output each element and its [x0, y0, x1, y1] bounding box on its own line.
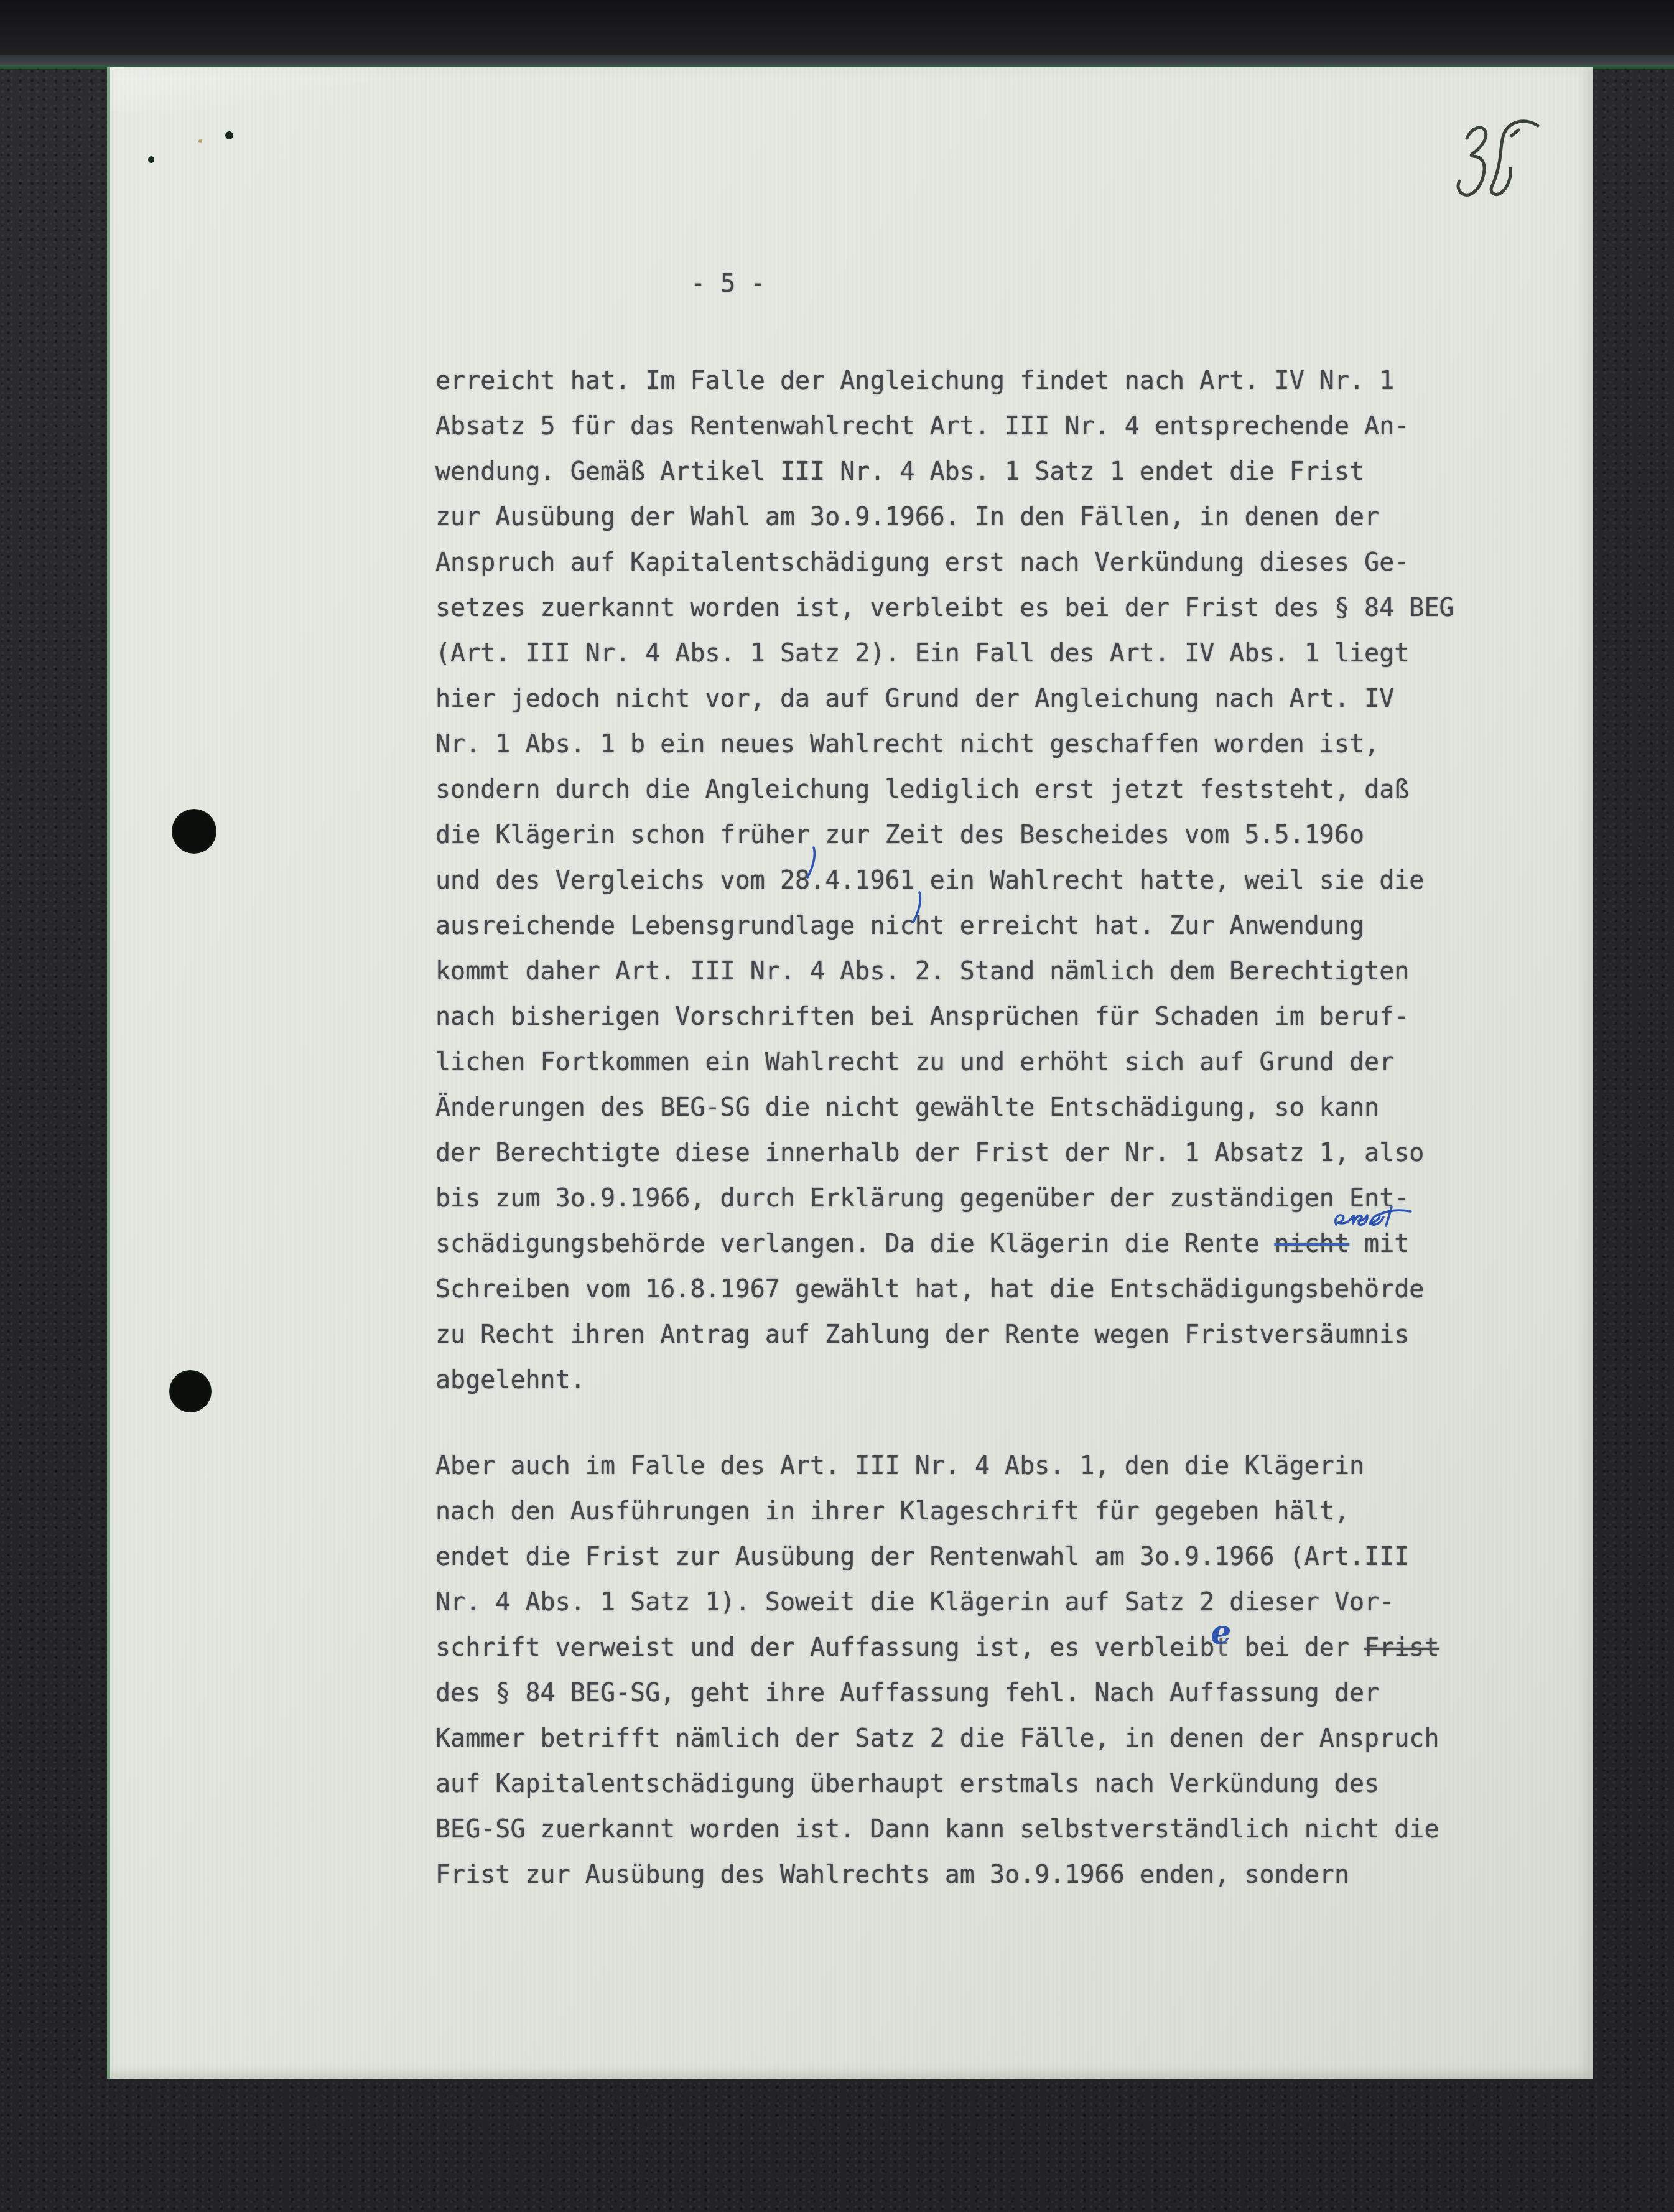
ink-speckle — [148, 156, 154, 163]
typed-line: hier jedoch nicht vor, da auf Grund der … — [435, 676, 1454, 722]
typed-line: Änderungen des BEG-SG die nicht gewählte… — [435, 1085, 1454, 1131]
typed-text: sondern durch die Angleichung lediglich … — [435, 775, 1409, 804]
typed-line: bis zum 3o.9.1966, durch Erklärung gegen… — [435, 1176, 1454, 1221]
typed-text: nach bisherigen Vorschriften bei Ansprüc… — [435, 1002, 1409, 1031]
typed-text: (Art. III Nr. 4 Abs. 1 Satz 2). Ein Fall… — [435, 639, 1409, 668]
typed-paragraph-2: Aber auch im Falle des Art. III Nr. 4 Ab… — [435, 1444, 1439, 1898]
typed-line: die Klägerin schon früher zur Zeit des B… — [435, 813, 1454, 858]
handwritten-comma — [911, 890, 924, 926]
typed-line: lichen Fortkommen ein Wahlrecht zu und e… — [435, 1040, 1454, 1085]
struck-out-word: Frist — [1364, 1633, 1439, 1662]
typed-text: endet die Frist zur Ausübung der Rentenw… — [435, 1542, 1409, 1571]
typed-text: lichen Fortkommen ein Wahlrecht zu und e… — [435, 1048, 1394, 1076]
document-page: - 5 - erreicht hat. Im Falle der Angleic… — [107, 67, 1593, 2079]
typed-text: auf Kapitalentschädigung überhaupt erstm… — [435, 1770, 1379, 1798]
typed-text: kommt daher Art. III Nr. 4 Abs. 2. Stand… — [435, 957, 1409, 986]
typed-text: und des Vergleichs vom 28.4.1961 ein Wah… — [435, 866, 1424, 895]
typed-line: zu Recht ihren Antrag auf Zahlung der Re… — [435, 1312, 1454, 1358]
typed-text: Schreiben vom 16.8.1967 gewählt hat, hat… — [435, 1275, 1424, 1304]
typed-line: (Art. III Nr. 4 Abs. 1 Satz 2). Ein Fall… — [435, 631, 1454, 676]
typed-text: abgelehnt. — [435, 1366, 585, 1394]
typed-text: Änderungen des BEG-SG die nicht gewählte… — [435, 1093, 1379, 1122]
handwritten-page-number — [1438, 111, 1556, 229]
handwritten-insertion-erst — [1331, 1198, 1416, 1237]
handwritten-correction-letter: e — [1211, 1617, 1231, 1649]
typed-line: Nr. 1 Abs. 1 b ein neues Wahlrecht nicht… — [435, 722, 1454, 767]
typed-line: auf Kapitalentschädigung überhaupt erstm… — [435, 1762, 1439, 1807]
typed-line: Absatz 5 für das Rentenwahlrecht Art. II… — [435, 404, 1454, 449]
typed-text: Aber auch im Falle des Art. III Nr. 4 Ab… — [435, 1452, 1364, 1480]
typed-line: Nr. 4 Abs. 1 Satz 1). Soweit die Klägeri… — [435, 1580, 1439, 1625]
typed-line: zur Ausübung der Wahl am 3o.9.1966. In d… — [435, 495, 1454, 540]
typed-line: schrift verweist und der Auffassung ist,… — [435, 1625, 1439, 1671]
typed-line: setzes zuerkannt worden ist, verbleibt e… — [435, 586, 1454, 631]
hole-punch — [169, 1370, 212, 1412]
ink-speckle — [198, 139, 202, 143]
typed-text: Anspruch auf Kapitalentschädigung erst n… — [435, 548, 1409, 577]
typed-line: Schreiben vom 16.8.1967 gewählt hat, hat… — [435, 1267, 1454, 1312]
typed-line: abgelehnt. — [435, 1358, 1454, 1403]
typed-text: schädigungsbehörde verlangen. Da die Klä… — [435, 1230, 1275, 1258]
paper-corner-highlight — [107, 67, 374, 111]
typed-line: und des Vergleichs vom 28.4.1961 ein Wah… — [435, 858, 1454, 903]
typed-line: BEG-SG zuerkannt worden ist. Dann kann s… — [435, 1807, 1439, 1852]
typed-line: der Berechtigte diese innerhalb der Fris… — [435, 1131, 1454, 1176]
typed-text: Kammer betrifft nämlich der Satz 2 die F… — [435, 1724, 1439, 1753]
typed-line: schädigungsbehörde verlangen. Da die Klä… — [435, 1221, 1454, 1267]
typed-line: erreicht hat. Im Falle der Angleichung f… — [435, 358, 1454, 404]
typed-text: erreicht hat. Im Falle der Angleichung f… — [435, 366, 1394, 395]
paper-left-edge — [107, 67, 110, 2079]
typed-text: BEG-SG zuerkannt worden ist. Dann kann s… — [435, 1815, 1439, 1844]
typed-line: kommt daher Art. III Nr. 4 Abs. 2. Stand… — [435, 949, 1454, 994]
document-scan: { "page": { "background_color": "#29292b… — [0, 0, 1674, 2212]
typed-line: Frist zur Ausübung des Wahlrechts am 3o.… — [435, 1852, 1439, 1898]
typed-text: des § 84 BEG-SG, geht ihre Auffassung fe… — [435, 1679, 1379, 1707]
typed-line: wendung. Gemäß Artikel III Nr. 4 Abs. 1 … — [435, 449, 1454, 495]
typed-text: wendung. Gemäß Artikel III Nr. 4 Abs. 1 … — [435, 457, 1364, 486]
typed-text: bei der — [1229, 1633, 1364, 1662]
typed-text: nach den Ausführungen in ihrer Klageschr… — [435, 1497, 1349, 1526]
typed-text: Absatz 5 für das Rentenwahlrecht Art. II… — [435, 412, 1409, 441]
typed-text: bis zum 3o.9.1966, durch Erklärung gegen… — [435, 1184, 1409, 1213]
page-number: - 5 - — [691, 261, 765, 307]
overwritten-character: te — [1214, 1625, 1229, 1671]
typed-text: Nr. 1 Abs. 1 b ein neues Wahlrecht nicht… — [435, 730, 1379, 758]
typed-text: setzes zuerkannt worden ist, verbleibt e… — [435, 594, 1454, 622]
typed-line: nach den Ausführungen in ihrer Klageschr… — [435, 1489, 1439, 1534]
typed-line: des § 84 BEG-SG, geht ihre Auffassung fe… — [435, 1671, 1439, 1716]
typed-text: hier jedoch nicht vor, da auf Grund der … — [435, 684, 1394, 713]
typed-text: Frist zur Ausübung des Wahlrechts am 3o.… — [435, 1860, 1349, 1889]
typed-line: Anspruch auf Kapitalentschädigung erst n… — [435, 540, 1454, 586]
typed-text: der Berechtigte diese innerhalb der Fris… — [435, 1139, 1424, 1167]
hole-punch — [172, 809, 216, 854]
handwritten-comma — [805, 845, 819, 881]
typed-line: ausreichende Lebensgrundlage nicht errei… — [435, 903, 1454, 949]
typed-line: Aber auch im Falle des Art. III Nr. 4 Ab… — [435, 1444, 1439, 1489]
typed-line: nach bisherigen Vorschriften bei Ansprüc… — [435, 994, 1454, 1040]
typed-line: Kammer betrifft nämlich der Satz 2 die F… — [435, 1716, 1439, 1762]
typed-text: die Klägerin schon früher zur Zeit des B… — [435, 821, 1364, 849]
ink-speckle — [225, 131, 233, 139]
typed-line: endet die Frist zur Ausübung der Rentenw… — [435, 1534, 1439, 1580]
background-top-shadow — [0, 0, 1674, 60]
typed-text: schrift verweist und der Auffassung ist,… — [435, 1633, 1214, 1662]
typed-line: sondern durch die Angleichung lediglich … — [435, 767, 1454, 813]
typed-paragraph-1: erreicht hat. Im Falle der Angleichung f… — [435, 358, 1454, 1403]
typed-text: zu Recht ihren Antrag auf Zahlung der Re… — [435, 1320, 1409, 1349]
typed-text: Nr. 4 Abs. 1 Satz 1). Soweit die Klägeri… — [435, 1588, 1394, 1617]
typed-text: zur Ausübung der Wahl am 3o.9.1966. In d… — [435, 503, 1379, 531]
typed-text: ausreichende Lebensgrundlage nicht errei… — [435, 912, 1364, 940]
